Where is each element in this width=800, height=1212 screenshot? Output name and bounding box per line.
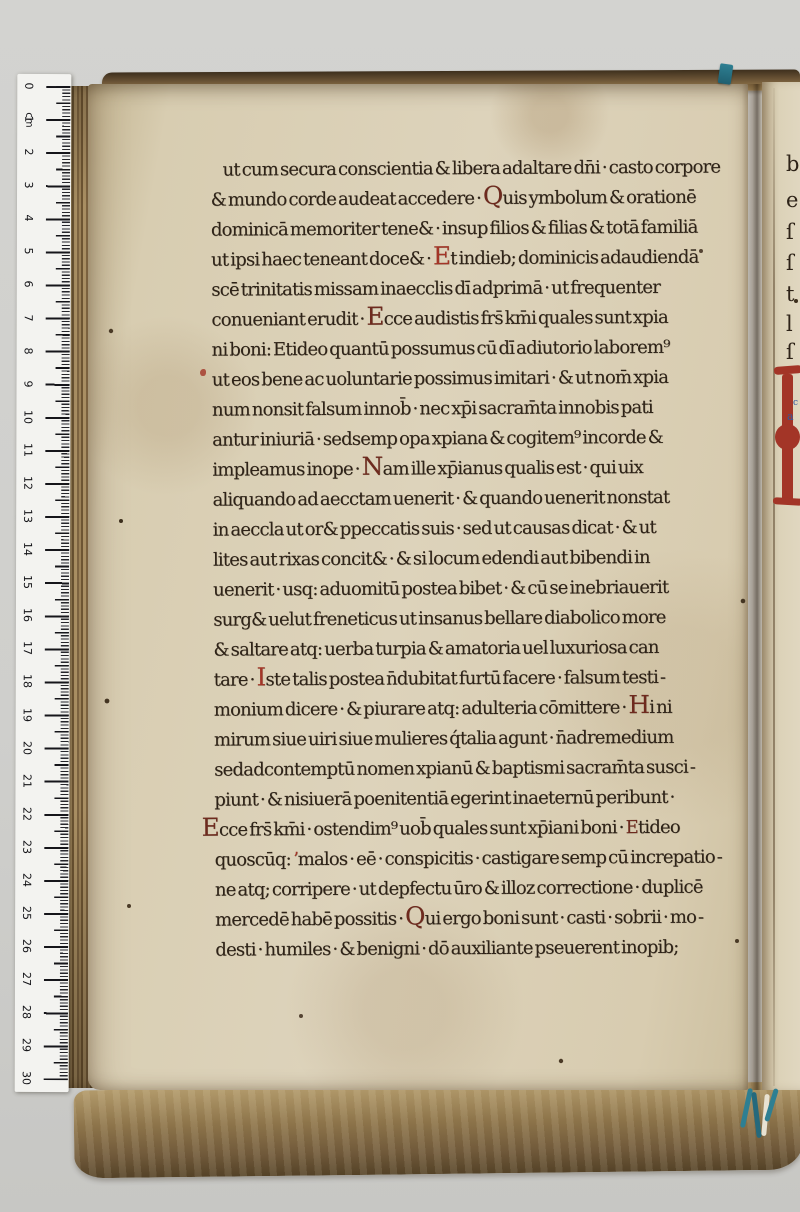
ruler-number: 8 — [21, 342, 37, 360]
ruler-number: 17 — [20, 639, 36, 657]
text-line: quoscūq: ʼmalos · eē · conspicitis · cas… — [215, 845, 722, 874]
text-segment: am ille xp̄ianus qualis est · qui uix — [382, 457, 643, 480]
ruler-number: 20 — [20, 739, 36, 757]
ruler-tick-scale — [44, 86, 71, 1080]
ruler-number: 13 — [20, 507, 36, 525]
text-segment: in aeccla ut or& ppeccatis suis · sed ut… — [213, 517, 656, 541]
text-segment: lites aut rixas concit& · & si locum ede… — [213, 547, 650, 571]
ruler-number: 12 — [20, 474, 36, 492]
text-segment: impleamus inope · — [212, 459, 361, 481]
text-line: impleamus inope · Nam ille xp̄ianus qual… — [212, 455, 643, 484]
text-segment: ui ergo boni sunt · casti · sobrii · mo … — [425, 907, 704, 930]
ruler-number: 28 — [19, 1003, 35, 1021]
text-line: desti · humiles · & benigni · dō auxilia… — [215, 935, 678, 964]
text-line: ut ipsi haec teneant doce& · Et indieb; … — [211, 245, 699, 274]
fragment-letter: ſ — [786, 251, 794, 275]
text-segment: i ni — [649, 697, 672, 718]
book-bottom-edge — [73, 1082, 800, 1179]
initial-letter: E — [366, 302, 384, 331]
cm-ruler: cm 0123456789101112131415161718192021222… — [15, 74, 72, 1092]
text-line: surg& uelut freneticus ut insanus bellar… — [213, 605, 665, 634]
ruler-number: 1 — [21, 110, 37, 128]
text-segment: quoscūq: — [215, 849, 293, 870]
ruler-number: 7 — [21, 308, 37, 326]
initial-letter: E — [433, 241, 451, 270]
ruler-number: 29 — [19, 1036, 35, 1054]
text-block: ut cum secura conscientia & libera adalt… — [210, 154, 760, 987]
text-segment: antur iniuriā · sedsemp opa xpiana & cog… — [212, 427, 663, 451]
ruler-number: 5 — [21, 242, 37, 260]
text-line: aliquando ad aecctam uenerit · & quando … — [212, 485, 669, 514]
ruler-number: 9 — [20, 375, 36, 393]
ruler-number: 18 — [20, 672, 36, 690]
ruler-number: 26 — [19, 937, 35, 955]
text-segment: uis ymbolum & orationē — [502, 187, 696, 209]
text-segment: ut ipsi haec teneant doce& · — [211, 248, 433, 270]
text-segment: cce audistis frs̄ km̄i quales sunt xpia — [384, 307, 668, 330]
text-segment: cce frs̄ km̄i · ostendim⁹ uob̄ quales su… — [219, 817, 626, 840]
text-segment: & mundo corde audeat accedere · — [211, 188, 483, 211]
fragment-letter: l — [786, 312, 793, 336]
fragment-letter: ſ — [786, 220, 794, 244]
text-segment: ut eos bene ac uoluntarie possimus imita… — [212, 367, 668, 391]
text-segment: ni boni: Etideo quantū possumus cū dī ad… — [212, 337, 670, 361]
text-segment: tare · — [214, 669, 257, 690]
ruler-number: 16 — [20, 606, 36, 624]
text-line: monium dicere · & piurare atq: adulteria… — [214, 695, 672, 724]
ruler-number: 11 — [20, 441, 36, 459]
ruler-number: 6 — [21, 275, 37, 293]
ruler-number: 21 — [19, 772, 35, 790]
initial-letter: E — [626, 817, 638, 838]
text-line: uenerit · usq: aduomitū postea bibet · &… — [213, 575, 668, 604]
text-segment: mercedē habē possitis · — [215, 908, 405, 930]
ruler-number: 14 — [20, 540, 36, 558]
text-line: num nonsit falsum innob̄ · nec xp̄i sacr… — [212, 395, 653, 424]
text-segment: t indieb; dominicis adaudiendā — [450, 247, 698, 270]
manuscript-photo: cm 0123456789101112131415161718192021222… — [0, 0, 800, 1212]
guide-letter: c — [793, 398, 798, 408]
text-segment: aliquando ad aecctam uenerit · & quando … — [212, 487, 669, 511]
initial-letter: Q — [483, 181, 503, 210]
ruler-number: 19 — [20, 705, 36, 723]
ruler-number: 0 — [21, 77, 37, 95]
initial-letter: E — [201, 813, 219, 842]
text-segment: surg& uelut freneticus ut insanus bellar… — [213, 607, 665, 631]
ruler-number: 4 — [21, 209, 37, 227]
text-line: ne atq; corripere · ut depfectu ūro & il… — [215, 875, 703, 904]
facing-page-red-initial — [776, 366, 800, 512]
text-line: lites aut rixas concit& · & si locum ede… — [213, 545, 650, 574]
initial-serif-bottom — [773, 497, 800, 506]
ruler-number: 23 — [19, 838, 35, 856]
text-line: scē trinitatis missam inaecclis dī adpri… — [211, 275, 660, 304]
text-segment: uenerit · usq: aduomitū postea bibet · &… — [213, 577, 668, 601]
text-segment: sedadcontemptū nomen xpianū & baptismi s… — [214, 757, 695, 781]
margin-red-mark — [200, 369, 206, 376]
bookmark-tab — [718, 63, 734, 85]
text-line: dominicā memoriter tene& · insup filios … — [211, 215, 698, 244]
ruler-number: 22 — [19, 805, 35, 823]
text-line: antur iniuriā · sedsemp opa xpiana & cog… — [212, 425, 663, 454]
ruler-number: 30 — [19, 1069, 35, 1087]
ruler-number: 15 — [20, 573, 36, 591]
text-segment: malos · eē · conspicitis · castigare sem… — [298, 847, 722, 871]
text-segment: monium dicere · & piurare atq: adulteria… — [214, 697, 629, 721]
text-segment: mirum siue uiri siue mulieres q́talia ag… — [214, 727, 674, 751]
fragment-letter: ſ — [786, 340, 794, 364]
fragment-letter: t — [786, 282, 794, 306]
facing-page-crease — [773, 88, 775, 1086]
text-line: sedadcontemptū nomen xpianū & baptismi s… — [214, 755, 695, 784]
initial-letter: Q — [405, 901, 425, 930]
initial-letter: N — [362, 452, 383, 481]
dirt-specks — [0, 0, 2, 2]
text-segment: tideo — [638, 817, 680, 838]
fragment-letter: e — [786, 188, 798, 212]
initial-letter: H — [628, 690, 649, 719]
text-line: mercedē habē possitis · Qui ergo boni su… — [215, 905, 703, 934]
text-line: in aeccla ut or& ppeccatis suis · sed ut… — [213, 515, 656, 544]
text-segment: desti · humiles · & benigni · dō auxilia… — [215, 937, 678, 961]
text-segment: scē trinitatis missam inaecclis dī adpri… — [211, 277, 660, 301]
text-line: conueniant erudit · Ecce audistis frs̄ k… — [211, 305, 668, 334]
text-line: piunt · & nisiuerā poenitentiā egerint i… — [214, 785, 674, 814]
fragment-letter: b — [786, 152, 799, 176]
text-segment: ut cum secura conscientia & libera adalt… — [222, 157, 720, 181]
text-line: mirum siue uiri siue mulieres q́talia ag… — [214, 725, 674, 754]
text-segment: piunt · & nisiuerā poenitentiā egerint i… — [214, 787, 674, 811]
initial-letter: I — [256, 662, 265, 691]
text-segment: num nonsit falsum innob̄ · nec xp̄i sacr… — [212, 397, 653, 421]
text-segment: conueniant erudit · — [211, 309, 366, 331]
text-line: tare · Iste talis postea n̄dubitat furtū… — [214, 665, 666, 694]
text-segment: ste talis postea n̄dubitat furtū facere … — [265, 667, 665, 690]
text-line: ut eos bene ac uoluntarie possimus imita… — [212, 365, 668, 394]
text-line: ut cum secura conscientia & libera adalt… — [222, 155, 720, 184]
text-line: & saltare atq: uerba turpia & amatoria u… — [213, 635, 658, 664]
text-segment: & saltare atq: uerba turpia & amatoria u… — [213, 637, 658, 661]
text-segment: dominicā memoriter tene& · insup filios … — [211, 217, 698, 241]
ruler-number: 3 — [21, 176, 37, 194]
text-line: & mundo corde audeat accedere · Quis ymb… — [211, 185, 696, 214]
facing-page-edge — [762, 82, 800, 1090]
text-line: Ecce frs̄ km̄i · ostendim⁹ uob̄ quales s… — [202, 815, 681, 844]
ruler-number: 27 — [19, 970, 35, 988]
text-line: ni boni: Etideo quantū possumus cū dī ad… — [212, 335, 670, 364]
text-segment: ne atq; corripere · ut depfectu ūro & il… — [215, 877, 703, 901]
ruler-number: 2 — [21, 143, 37, 161]
ruler-number: 24 — [19, 871, 35, 889]
guide-letter: a — [787, 410, 794, 423]
ruler-number: 10 — [20, 408, 36, 426]
initial-knob — [775, 424, 800, 450]
ruler-number: 25 — [19, 904, 35, 922]
